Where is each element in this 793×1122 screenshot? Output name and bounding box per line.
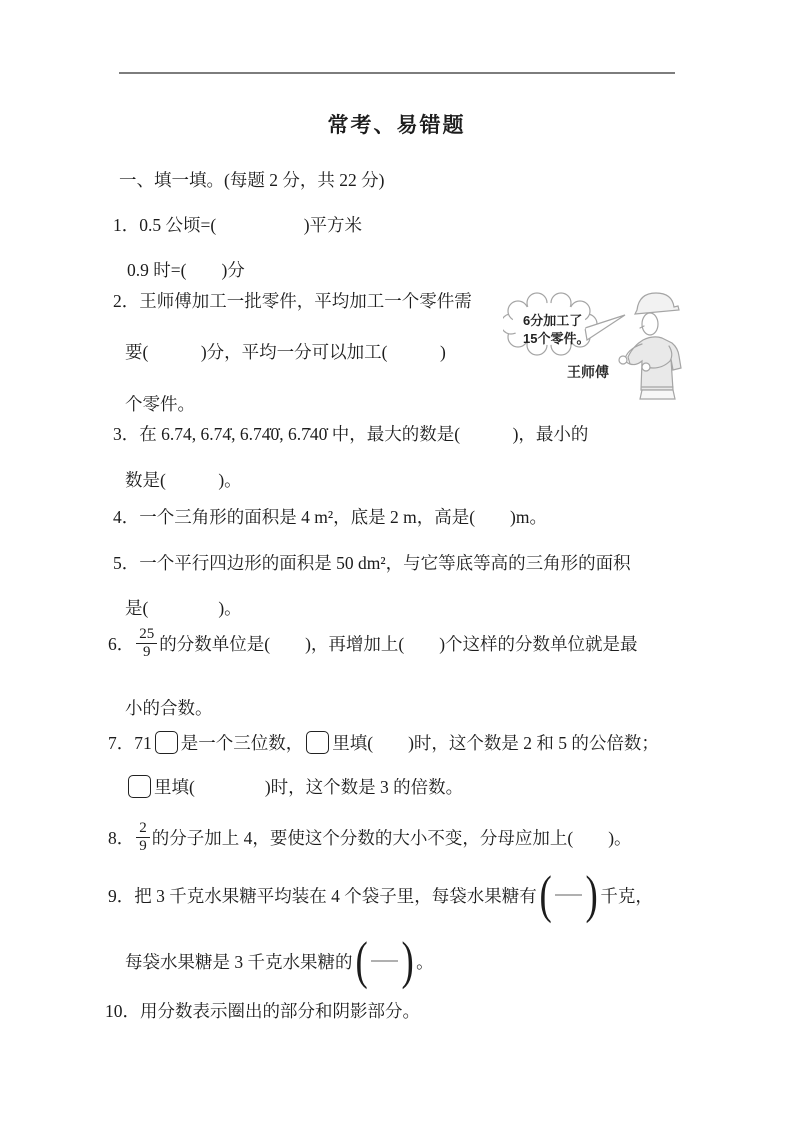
worker-face bbox=[642, 313, 658, 335]
bubble-text-line-2: 15个零件。 bbox=[523, 331, 589, 346]
question-2-line-1: 2．王师傅加工一批零件，平均加工一个零件需 bbox=[113, 287, 472, 315]
worksheet-page: 常考、易错题 一、填一填。(每题 2 分，共 22 分) 1．0.5 公顷=( … bbox=[0, 0, 793, 1122]
worker-cartoon-drawing: 6分加工了 15个零件。 王师傅 bbox=[503, 288, 691, 402]
question-2-line-3: 个零件。 bbox=[125, 390, 195, 418]
question-8-number: 8． bbox=[108, 825, 134, 850]
section-heading: 一、填一填。(每题 2 分，共 22 分) bbox=[119, 166, 384, 194]
header-rule bbox=[119, 72, 675, 74]
left-paren: ( bbox=[539, 869, 551, 922]
fraction-denominator: 9 bbox=[136, 643, 157, 661]
question-9-text-2: 千克， bbox=[600, 883, 653, 908]
right-paren: ) bbox=[401, 935, 413, 988]
fraction-bar-blank bbox=[555, 894, 582, 896]
worker-figure bbox=[619, 293, 681, 399]
question-6-line-2: 小的合数。 bbox=[125, 694, 213, 722]
question-6-number: 6． bbox=[108, 631, 134, 656]
left-paren: ( bbox=[355, 935, 367, 988]
fraction-numerator: 25 bbox=[136, 626, 157, 643]
question-5-line-1: 5．一个平行四边形的面积是 50 dm²，与它等底等高的三角形的面积 bbox=[113, 549, 631, 577]
worker-cartoon: 6分加工了 15个零件。 王师傅 bbox=[503, 288, 691, 407]
question-3-line-2: 数是( )。 bbox=[125, 466, 242, 494]
question-4-line-1: 4．一个三角形的面积是 4 m²，底是 2 m，高是( )m。 bbox=[113, 503, 547, 531]
fraction-2-9: 2 9 bbox=[136, 820, 150, 856]
worker-left-hand bbox=[619, 356, 627, 364]
question-1-line-2: 0.9 时=( )分 bbox=[127, 256, 245, 284]
question-7-text-2: 里填( )时，这个数是 2 和 5 的公倍数； bbox=[332, 730, 659, 755]
fraction-blank: ( ) bbox=[354, 938, 416, 984]
fraction-bar-blank bbox=[371, 960, 398, 962]
question-7-text-1: 是一个三位数， bbox=[181, 730, 304, 755]
worker-name-label: 王师傅 bbox=[567, 364, 609, 380]
hard-hat bbox=[635, 293, 679, 314]
question-7-line-2: 里填( )时，这个数是 3 的倍数。 bbox=[125, 774, 463, 799]
fraction-blank: ( ) bbox=[538, 872, 600, 918]
question-8-line-1: 8． 2 9 的分子加上 4，要使这个分数的大小不变，分母应加上( )。 bbox=[108, 820, 632, 856]
question-6-text: 的分数单位是( )，再增加上( )个这样的分数单位就是最 bbox=[159, 631, 637, 656]
fraction-25-9: 25 9 bbox=[136, 626, 157, 662]
question-7-text-3: 里填( )时，这个数是 3 的倍数。 bbox=[154, 774, 463, 799]
question-9-line-1: 9．把 3 千克水果糖平均装在 4 个袋子里，每袋水果糖有 ( ) 千克， bbox=[108, 872, 653, 918]
question-8-text: 的分子加上 4，要使这个分数的大小不变，分母应加上( )。 bbox=[152, 825, 632, 850]
fill-box bbox=[128, 775, 151, 798]
question-9-text-1: 9．把 3 千克水果糖平均装在 4 个袋子里，每袋水果糖有 bbox=[108, 883, 537, 908]
question-5-line-2: 是( )。 bbox=[125, 594, 242, 622]
fraction-denominator: 9 bbox=[136, 837, 150, 855]
question-1-line-1: 1．0.5 公顷=( )平方米 bbox=[113, 211, 362, 239]
worker-pants bbox=[640, 390, 675, 399]
right-paren: ) bbox=[586, 869, 598, 922]
page-title: 常考、易错题 bbox=[0, 109, 793, 139]
worker-shirt bbox=[628, 337, 681, 390]
question-7-line-1: 7．71 是一个三位数， 里填( )时，这个数是 2 和 5 的公倍数； bbox=[108, 730, 659, 755]
question-6-line-1: 6． 25 9 的分数单位是( )，再增加上( )个这样的分数单位就是最 bbox=[108, 626, 638, 662]
fraction-numerator: 2 bbox=[136, 820, 150, 837]
question-3-line-1: 3．在 6.74, 6.74̇, 6.74̇0̇, 6.7̇40̇ 中，最大的数… bbox=[113, 420, 588, 448]
question-2-line-2: 要( )分，平均一分可以加工( ) bbox=[125, 338, 446, 366]
worker-right-hand bbox=[642, 363, 650, 371]
question-9-text-3: 每袋水果糖是 3 千克水果糖的 bbox=[125, 949, 353, 974]
question-7-prefix: 7．71 bbox=[108, 730, 152, 755]
question-10-line-1: 10．用分数表示圈出的部分和阴影部分。 bbox=[105, 997, 420, 1025]
question-9-text-4: 。 bbox=[416, 949, 434, 974]
fill-box bbox=[155, 731, 178, 754]
question-9-line-2: 每袋水果糖是 3 千克水果糖的 ( ) 。 bbox=[125, 938, 434, 984]
bubble-text-line-1: 6分加工了 bbox=[523, 313, 582, 328]
fill-box bbox=[306, 731, 329, 754]
